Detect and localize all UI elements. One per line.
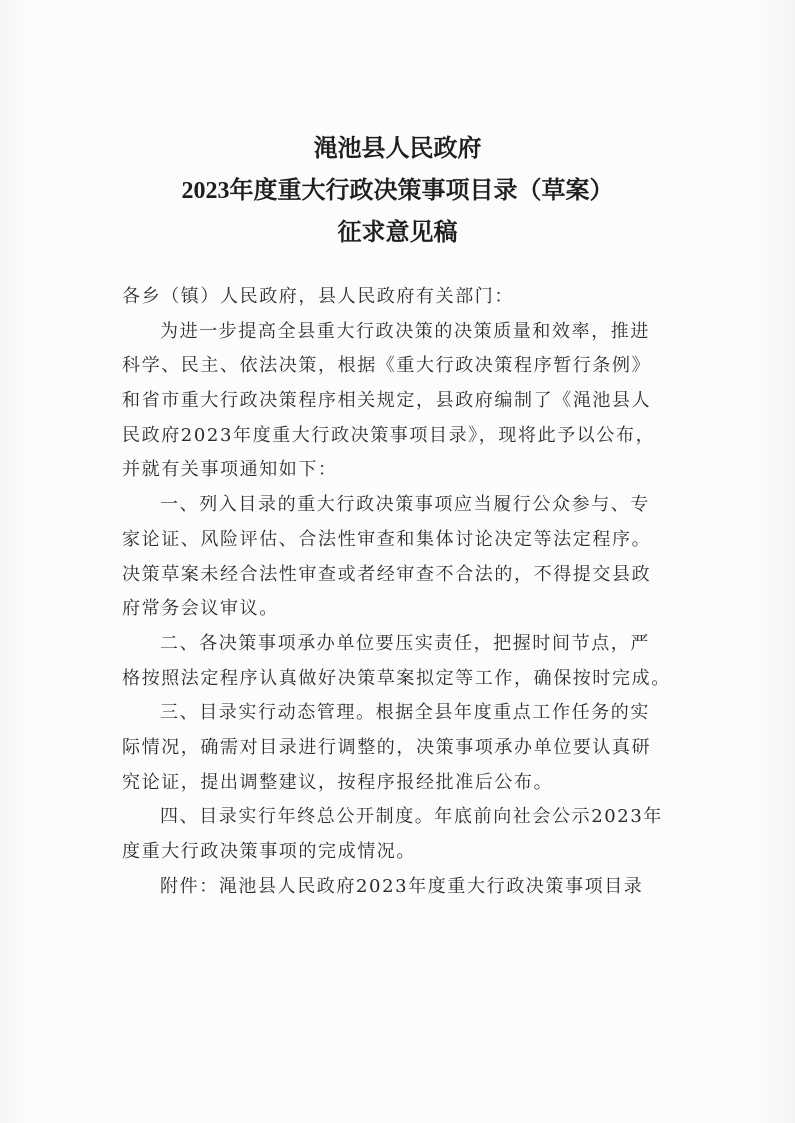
title-line-status: 征求意见稿 [0, 212, 795, 254]
paragraph-line: 三、目录实行动态管理。根据全县年度重点工作任务的实 [122, 696, 682, 731]
paragraph-item-2: 二、各决策事项承办单位要压实责任，把握时间节点，严 格按照法定程序认真做好决策草… [122, 627, 682, 696]
paragraph-line: 和省市重大行政决策程序相关规定，县政府编制了《渑池县人 [122, 384, 682, 419]
paragraph-line: 府常务会议审议。 [122, 592, 682, 627]
document-page: 渑池县人民政府 2023年度重大行政决策事项目录（草案） 征求意见稿 各乡（镇）… [0, 0, 795, 1123]
paragraph-line: 民政府2023年度重大行政决策事项目录》，现将此予以公布， [122, 419, 682, 454]
paragraph-line: 四、目录实行年终总公开制度。年底前向社会公示2023年 [122, 800, 682, 835]
title-line-subject: 2023年度重大行政决策事项目录（草案） [0, 170, 795, 212]
salutation: 各乡（镇）人民政府，县人民政府有关部门： [122, 280, 682, 315]
paragraph-intro: 为进一步提高全县重大行政决策的决策质量和效率，推进 科学、民主、依法决策，根据《… [122, 315, 682, 488]
paragraph-line: 究论证，提出调整建议，按程序报经批准后公布。 [122, 766, 682, 801]
paragraph-line: 际情况，确需对目录进行调整的，决策事项承办单位要认真研 [122, 731, 682, 766]
paragraph-line: 度重大行政决策事项的完成情况。 [122, 835, 682, 870]
paragraph-line: 并就有关事项通知如下： [122, 453, 682, 488]
attachment-note: 附件：渑池县人民政府2023年度重大行政决策事项目录 [122, 870, 682, 905]
paragraph-item-3: 三、目录实行动态管理。根据全县年度重点工作任务的实 际情况，确需对目录进行调整的… [122, 696, 682, 800]
paragraph-line: 一、列入目录的重大行政决策事项应当履行公众参与、专 [122, 488, 682, 523]
paragraph-item-4: 四、目录实行年终总公开制度。年底前向社会公示2023年 度重大行政决策事项的完成… [122, 800, 682, 869]
paragraph-line: 二、各决策事项承办单位要压实责任，把握时间节点，严 [122, 627, 682, 662]
paragraph-line: 为进一步提高全县重大行政决策的决策质量和效率，推进 [122, 315, 682, 350]
document-title: 渑池县人民政府 2023年度重大行政决策事项目录（草案） 征求意见稿 [0, 128, 795, 254]
paragraph-line: 家论证、风险评估、合法性审查和集体讨论决定等法定程序。 [122, 523, 682, 558]
paragraph-item-1: 一、列入目录的重大行政决策事项应当履行公众参与、专 家论证、风险评估、合法性审查… [122, 488, 682, 627]
title-line-issuer: 渑池县人民政府 [0, 128, 795, 170]
paragraph-line: 科学、民主、依法决策，根据《重大行政决策程序暂行条例》 [122, 349, 682, 384]
document-body: 各乡（镇）人民政府，县人民政府有关部门： 为进一步提高全县重大行政决策的决策质量… [122, 280, 682, 904]
paragraph-line: 格按照法定程序认真做好决策草案拟定等工作，确保按时完成。 [122, 662, 682, 697]
paragraph-line: 决策草案未经合法性审查或者经审查不合法的，不得提交县政 [122, 558, 682, 593]
